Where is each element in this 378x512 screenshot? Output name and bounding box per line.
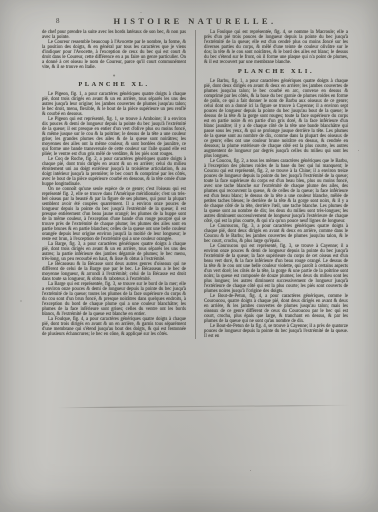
page-header: 8 HISTOIRE NATURELLE. (42, 16, 348, 27)
paragraph: Le Bécasseau & la Bécasse sont deux autr… (42, 262, 186, 282)
paragraph: Le Coureur ressemble beaucoup à l'Avocet… (42, 40, 186, 70)
ink-speck (20, 300, 22, 302)
right-column: La Foulque qui est représentée, fig. 4, … (195, 30, 348, 339)
paragraph: Le Couroucou, fig. 3, a pour caractères … (204, 224, 348, 244)
paragraph: Le Barbu, fig. 1, a pour caractères géné… (204, 79, 348, 159)
scanned-book-page: 8 HISTOIRE NATURELLE. de chef pour prend… (0, 0, 378, 512)
plate-heading: PLANCHE XLI. (204, 68, 348, 75)
paragraph: La Foulque, fig. 4, a pour caractères gé… (42, 317, 186, 337)
paragraph: La Barge qui est représentée, fig. 3, se… (42, 282, 186, 317)
running-title: HISTOIRE NATURELLE. (42, 16, 348, 26)
paragraph: de chef pour prendre la suite avec les b… (42, 30, 186, 40)
paragraph: Le Coq de Roche, fig. 2, a pour caractèr… (42, 157, 186, 187)
paragraph: Le Couroucou qui est représenté, fig. 3,… (204, 244, 348, 294)
left-column: de chef pour prendre la suite avec les b… (42, 30, 186, 339)
scan-scratch-artifact (100, 409, 260, 411)
ink-speck (140, 12, 142, 13)
paragraph: La Foulque qui est représentée, fig. 4, … (204, 30, 348, 65)
ink-speck (250, 470, 251, 471)
paragraph: Le Bout-de-Petun, fig. 4, a pour caractè… (204, 294, 348, 324)
scan-scratch-artifact (58, 405, 350, 409)
paragraph: La Barge, fig. 3, a pour caractères géné… (42, 242, 186, 262)
paragraph: On ne connoît qu'une seule espèce de ce … (42, 187, 186, 242)
printer-ornament: ⁕ (42, 74, 186, 78)
paragraph: Le Coucou, fig. 2, a tous les mêmes cara… (204, 159, 348, 224)
ink-speck (358, 150, 359, 151)
plate-heading: PLANCHE XL. (42, 81, 186, 88)
paragraph: Le Bout-de-Petun de la fig. 4, se trouve… (204, 324, 348, 339)
paragraph: Le Pigeon, fig. 1, a pour caractères gén… (42, 92, 186, 117)
text-columns: de chef pour prendre la suite avec les b… (42, 30, 348, 339)
paragraph: Le Pigeon qui est représenté, fig. 1, se… (42, 117, 186, 157)
